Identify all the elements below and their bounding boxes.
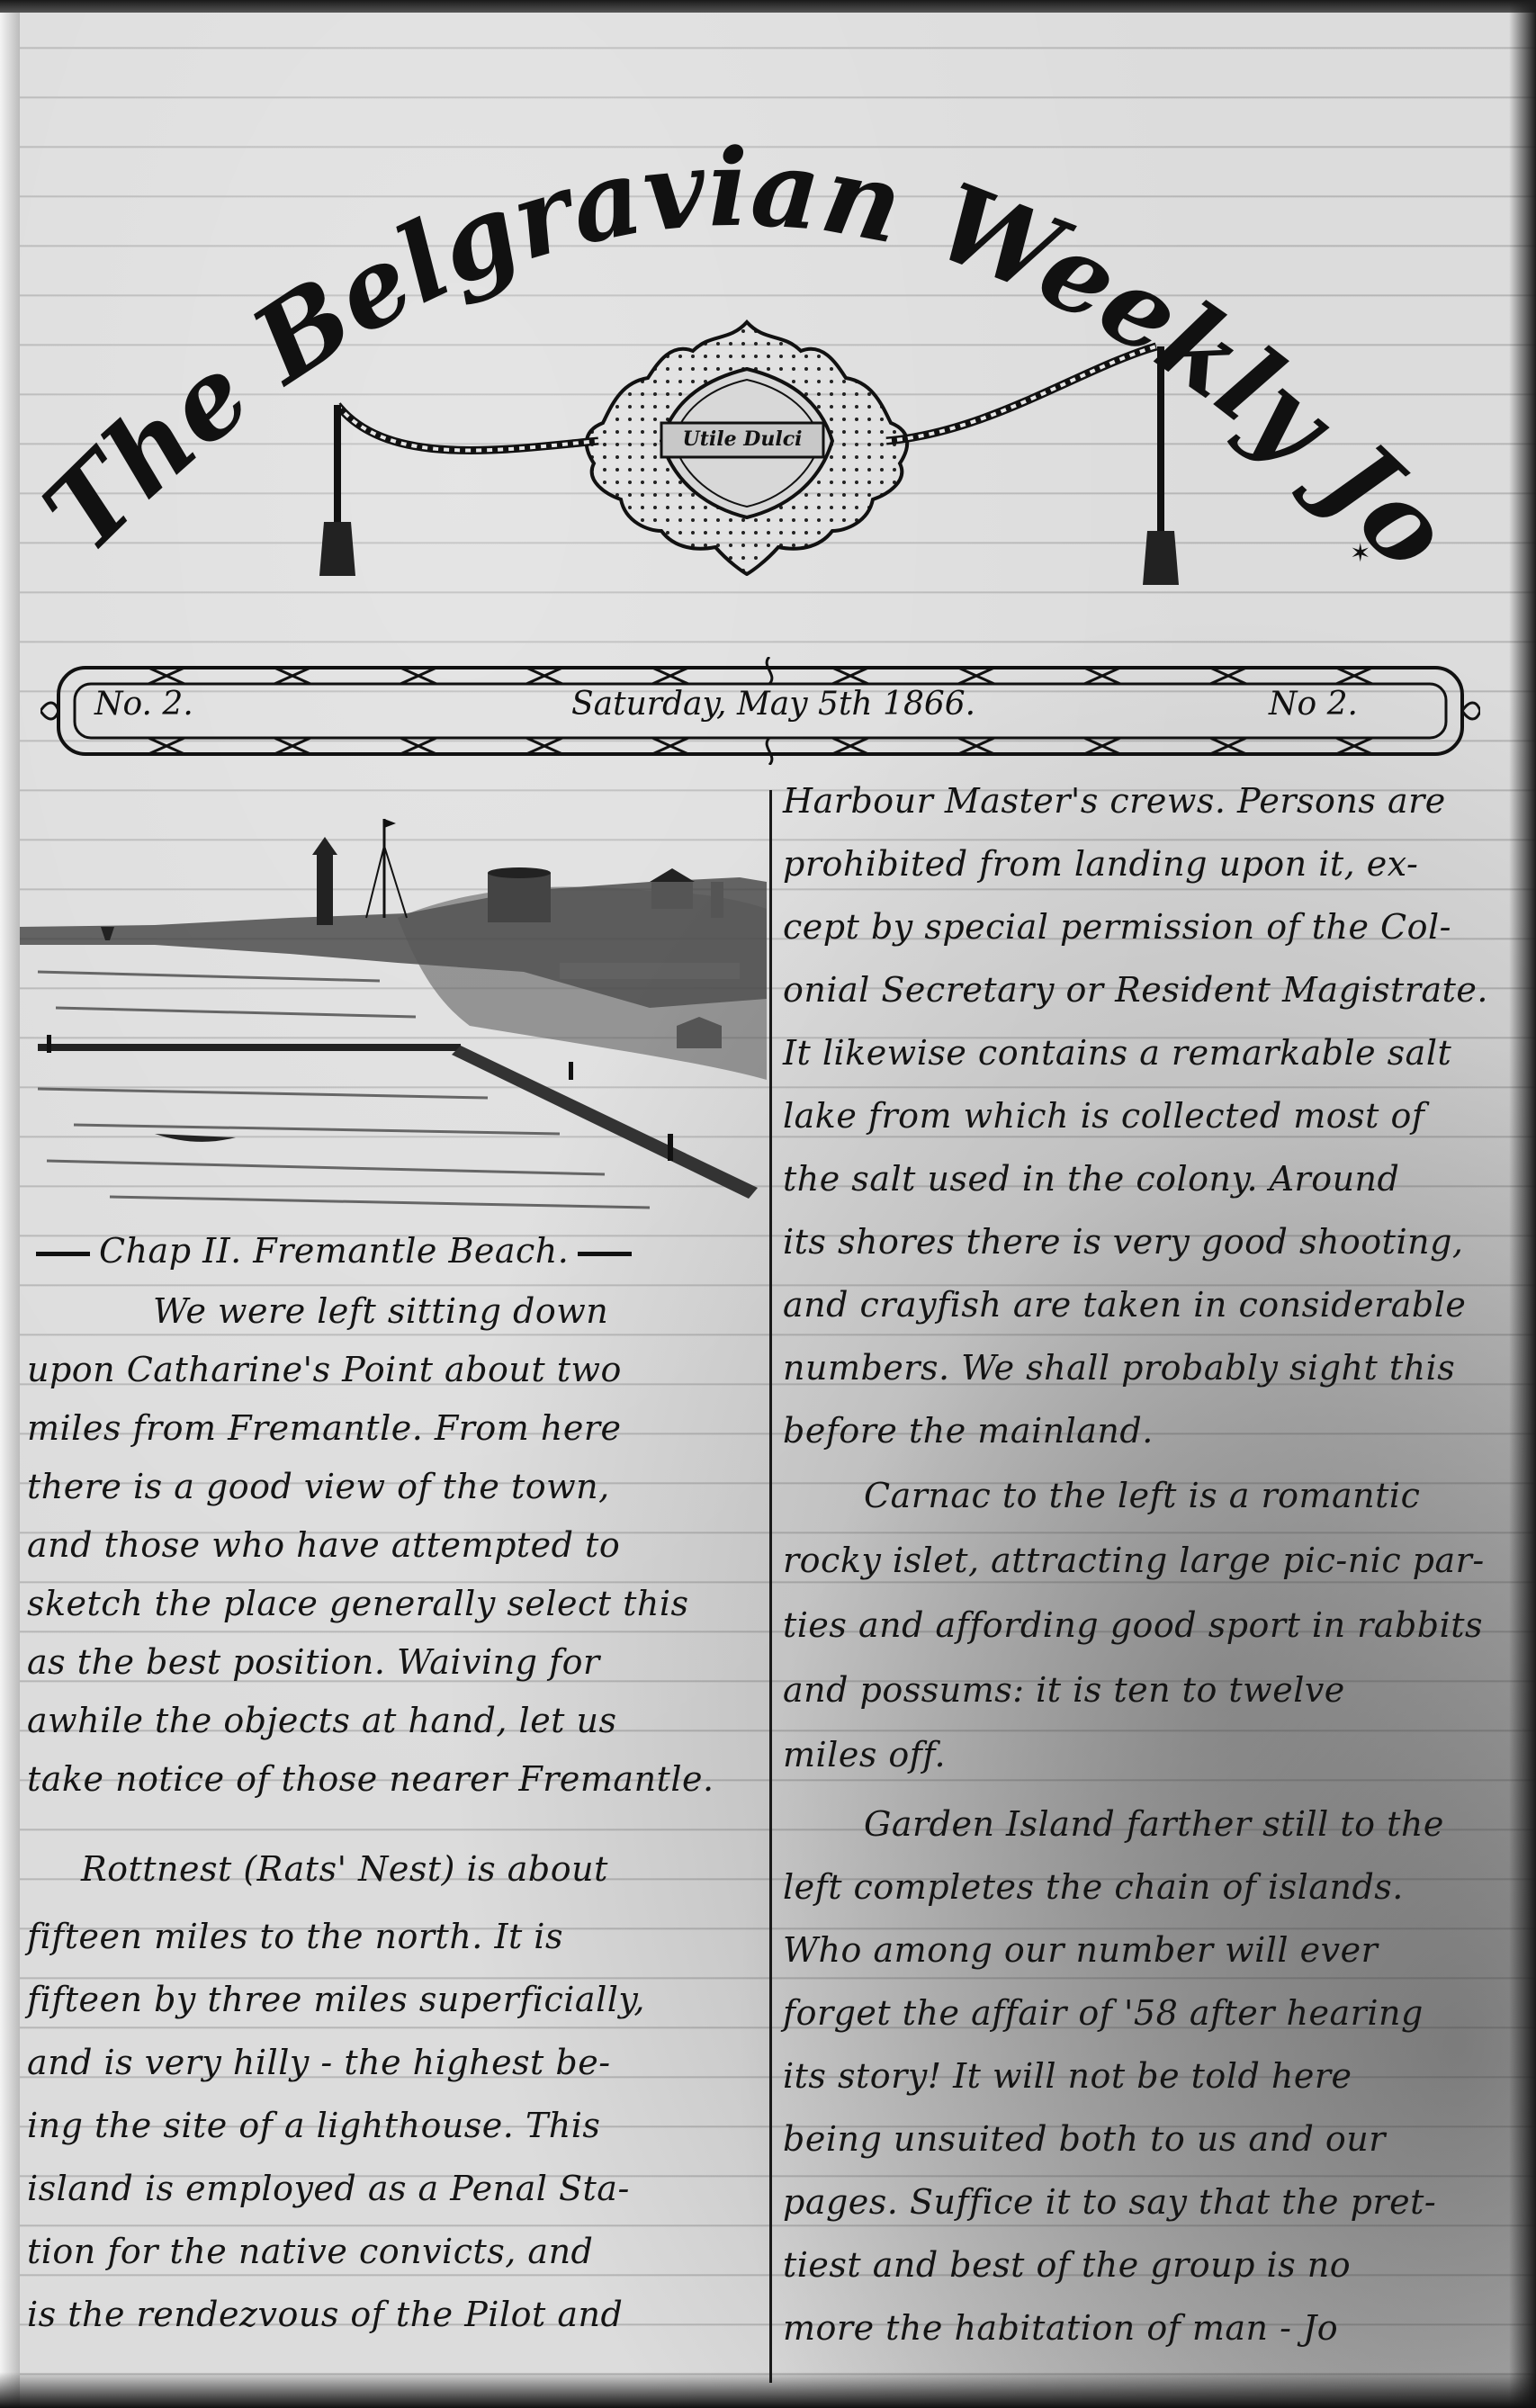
text-line: Rottnest (Rats' Nest) is about — [81, 1849, 608, 1889]
column-divider — [769, 790, 772, 2383]
heading-rule-left — [36, 1252, 90, 1256]
page-edge-bottom — [0, 2372, 1536, 2408]
text-line: Carnac to the left is a romantic — [864, 1476, 1420, 1515]
rope-and-tassels — [0, 0, 1536, 630]
text-line: its shores there is very good shooting, — [783, 1222, 1463, 1262]
issue-number-left: No. 2. — [94, 686, 193, 723]
text-line: sketch the place generally select this — [27, 1584, 689, 1623]
text-line: lake from which is collected most of — [783, 1096, 1424, 1136]
masthead: The Belgravian Weekly Journal. Utile Dul… — [0, 0, 1536, 630]
fremantle-beach-illustration — [20, 792, 767, 1224]
chapter-heading-row: Chap II. Fremantle Beach. — [27, 1231, 641, 1271]
text-line: fifteen by three miles superficially, — [27, 1980, 645, 2019]
issue-number-right: No 2. — [1269, 686, 1358, 723]
text-line: ties and affording good sport in rabbits — [783, 1605, 1483, 1645]
chapter-heading: Chap II. Fremantle Beach. — [99, 1231, 569, 1271]
text-line: as the best position. Waiving for — [27, 1642, 600, 1682]
page-edge-right — [1509, 0, 1536, 2408]
text-line: take notice of those nearer Fremantle. — [27, 1759, 714, 1799]
text-line: and possums: it is ten to twelve — [783, 1670, 1345, 1710]
text-line: We were left sitting down — [153, 1291, 608, 1331]
text-line: rocky islet, attracting large pic-nic pa… — [783, 1541, 1485, 1580]
text-line: and those who have attempted to — [27, 1525, 620, 1565]
text-line: before the mainland. — [783, 1411, 1154, 1451]
text-line: cept by special permission of the Col- — [783, 907, 1451, 947]
text-line: Garden Island farther still to the — [864, 1804, 1444, 1844]
text-line: ing the site of a lighthouse. This — [27, 2106, 600, 2145]
heading-rule-right — [578, 1252, 632, 1256]
text-line: the salt used in the colony. Around — [783, 1159, 1399, 1199]
page-edge-top — [0, 0, 1536, 13]
text-line: onial Secretary or Resident Magistrate. — [783, 970, 1488, 1010]
text-line: tion for the native convicts, and — [27, 2232, 593, 2271]
text-line: miles from Fremantle. From here — [27, 1408, 622, 1448]
text-line: Who among our number will ever — [783, 1930, 1378, 1970]
issue-date: Saturday, May 5th 1866. — [571, 686, 975, 723]
ornament-star: ✶ — [1350, 538, 1370, 568]
text-line: forget the affair of '58 after hearing — [783, 1993, 1424, 2033]
text-line: and is very hilly - the highest be- — [27, 2043, 611, 2082]
text-line: Harbour Master's crews. Persons are — [783, 781, 1446, 821]
text-line: It likewise contains a remarkable salt — [783, 1033, 1451, 1073]
text-line: left completes the chain of islands. — [783, 1867, 1404, 1907]
text-line: there is a good view of the town, — [27, 1467, 610, 1506]
text-line: numbers. We shall probably sight this — [783, 1348, 1455, 1388]
text-line: being unsuited both to us and our — [783, 2119, 1386, 2159]
text-line: miles off. — [783, 1735, 946, 1775]
text-line: prohibited from landing upon it, ex- — [783, 844, 1418, 884]
text-line: is the rendezvous of the Pilot and — [27, 2295, 623, 2334]
text-line: tiest and best of the group is no — [783, 2245, 1351, 2285]
text-line: more the habitation of man - Jo — [783, 2308, 1338, 2348]
text-line: awhile the objects at hand, let us — [27, 1701, 617, 1740]
text-line: and crayfish are taken in considerable — [783, 1285, 1466, 1325]
text-line: upon Catharine's Point about two — [27, 1350, 622, 1389]
journal-page: The Belgravian Weekly Journal. Utile Dul… — [0, 0, 1536, 2408]
text-line: its story! It will not be told here — [783, 2056, 1352, 2096]
text-line: fifteen miles to the north. It is — [27, 1917, 563, 1956]
text-line: island is employed as a Penal Sta- — [27, 2169, 630, 2208]
text-line: pages. Suffice it to say that the pret- — [783, 2182, 1436, 2222]
